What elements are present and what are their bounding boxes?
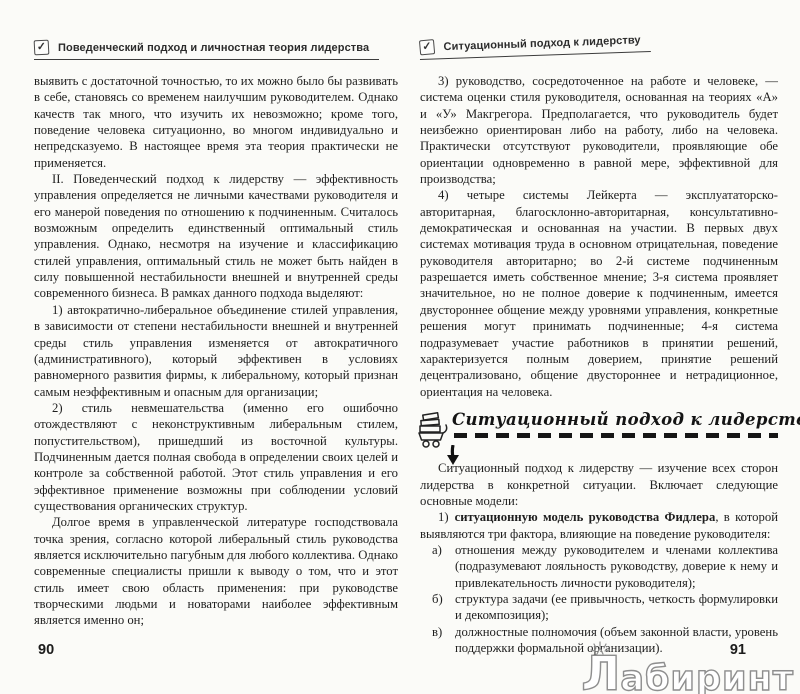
list-marker: 1) xyxy=(438,510,449,524)
right-page-header: ✓ Ситуационный подход к лидерству xyxy=(419,32,651,60)
left-page: ✓ Поведенческий подход и личностная теор… xyxy=(34,0,398,694)
checkbox-checked-icon: ✓ xyxy=(419,39,435,55)
right-body-text: 3) руководство, сосредоточенное на работ… xyxy=(420,73,778,656)
list-item: а) отношения между руководителем и члена… xyxy=(420,542,778,591)
page-number-right: 91 xyxy=(730,642,746,658)
list-marker: а) xyxy=(432,542,455,591)
paragraph: Ситуационный подход к лидерству — изучен… xyxy=(420,460,778,509)
fiedler-model-paragraph: 1)ситуационную модель руководства Фидлер… xyxy=(420,509,778,542)
dashed-rule xyxy=(454,433,778,438)
section-title: Ситуационный подход к лидерству xyxy=(452,410,800,429)
fiedler-model-bold: ситуационную модель руководства Фидлера xyxy=(455,510,716,524)
right-page: ✓ Ситуационный подход к лидерству 3) рук… xyxy=(420,0,778,694)
paragraph: 2) стиль невмешательства (именно его оши… xyxy=(34,400,398,514)
paragraph: II. Поведенческий подход к лидерству — э… xyxy=(34,171,398,302)
down-arrow-icon xyxy=(444,445,462,470)
paragraph: 1) автократично-либеральное объединение … xyxy=(34,302,398,400)
page-number-left: 90 xyxy=(38,642,54,658)
paragraph: 4) четыре системы Лейкерта — эксплуатато… xyxy=(420,187,778,399)
left-header-title: Поведенческий подход и личностная теория… xyxy=(58,42,369,54)
list-item: б) структура задачи (ее привычность, чет… xyxy=(420,591,778,624)
left-body-text: выявить с достаточной точностью, то их м… xyxy=(34,73,398,629)
labirint-watermark: Лабиринт xyxy=(581,651,794,694)
paragraph: выявить с достаточной точностью, то их м… xyxy=(34,73,398,171)
checkbox-checked-icon: ✓ xyxy=(34,40,50,56)
jester-sparkle-icon xyxy=(589,641,611,663)
right-header-title: Ситуационный подход к лидерству xyxy=(443,34,641,53)
watermark-text: абиринт xyxy=(620,662,794,694)
list-item-text: отношения между руководителем и членами … xyxy=(455,542,778,591)
left-page-header: ✓ Поведенческий подход и личностная теор… xyxy=(34,40,379,60)
list-marker: в) xyxy=(432,624,455,657)
list-marker: б) xyxy=(432,591,455,624)
paragraph: Долгое время в управленческой литературе… xyxy=(34,514,398,628)
section-heading: Ситуационный подход к лидерству xyxy=(416,412,778,438)
paragraph: 3) руководство, сосредоточенное на работ… xyxy=(420,73,778,187)
list-item-text: структура задачи (ее привычность, четкос… xyxy=(455,591,778,624)
